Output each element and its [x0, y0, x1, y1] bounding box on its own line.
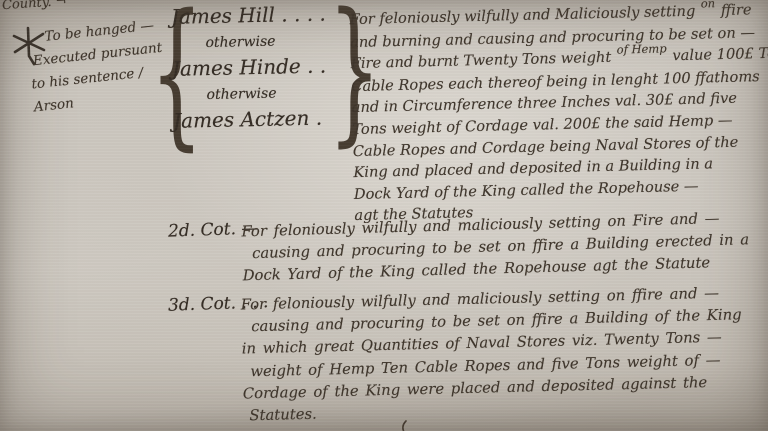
- defendant-name: James Hinde . .: [172, 52, 341, 82]
- defendant-name: James Hill . . . .: [171, 0, 340, 30]
- alias-word: otherwise: [205, 32, 339, 51]
- manuscript-scan: County. ¬ To be hanged — Executed pursua…: [0, 0, 768, 431]
- count-2-text: For feloniously wilfully and maliciously…: [241, 207, 768, 288]
- count-1-text: For feloniously wilfully and Maliciously…: [349, 0, 768, 227]
- interlinear-insertion: on: [701, 0, 716, 11]
- interlinear-insertion: of Hemp: [617, 42, 667, 57]
- defendant-names: James Hill . . . . otherwise James Hinde…: [171, 0, 342, 133]
- alias-word: otherwise: [206, 84, 340, 103]
- cut-off-stroke: [398, 418, 412, 431]
- county-label: County. ¬: [2, 0, 67, 13]
- count-3-text: For feloniously wilfully and maliciously…: [240, 282, 768, 428]
- defendant-name: James Actzen .: [173, 104, 342, 134]
